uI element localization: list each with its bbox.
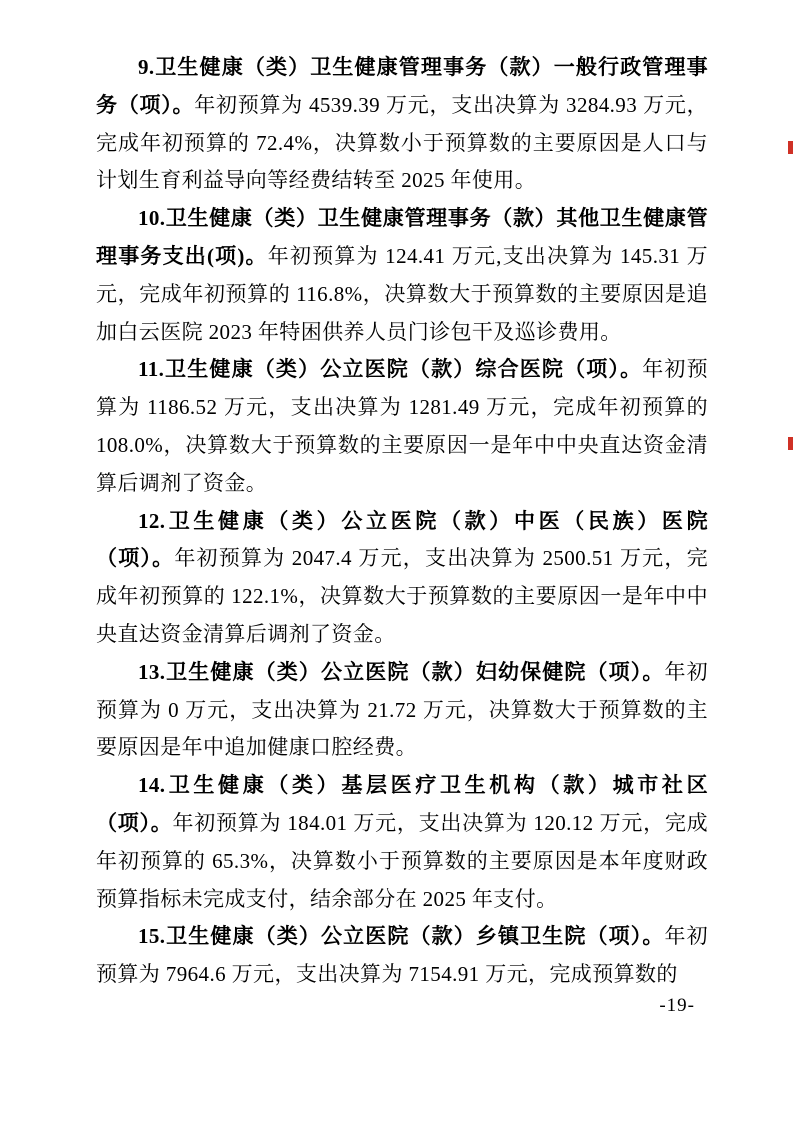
page-number: -19- (659, 995, 695, 1017)
budget-item-paragraph: 15.卫生健康（类）公立医院（款）乡镇卫生院（项）。年初预算为 7964.6 万… (96, 918, 708, 994)
budget-item-paragraph: 10.卫生健康（类）卫生健康管理事务（款）其他卫生健康管理事务支出(项)。年初预… (96, 200, 708, 351)
budget-item-paragraph: 13.卫生健康（类）公立医院（款）妇幼保健院（项）。年初预算为 0 万元，支出决… (96, 654, 708, 767)
budget-item-paragraph: 11.卫生健康（类）公立医院（款）综合医院（项）。年初预算为 1186.52 万… (96, 351, 708, 502)
document-body: 9.卫生健康（类）卫生健康管理事务（款）一般行政管理事务（项）。年初预算为 45… (96, 49, 708, 994)
red-edge-artifact (788, 437, 793, 450)
paragraph-text: 年初预算为 184.01 万元，支出决算为 120.12 万元，完成年初预算的 … (96, 811, 708, 911)
paragraph-text: 年初预算为 2047.4 万元，支出决算为 2500.51 万元，完成年初预算的… (96, 546, 708, 646)
paragraph-heading: 15.卫生健康（类）公立医院（款）乡镇卫生院（项）。 (138, 924, 664, 948)
paragraph-heading: 13.卫生健康（类）公立医院（款）妇幼保健院（项）。 (138, 660, 664, 684)
budget-item-paragraph: 9.卫生健康（类）卫生健康管理事务（款）一般行政管理事务（项）。年初预算为 45… (96, 49, 708, 200)
paragraph-heading: 11.卫生健康（类）公立医院（款）综合医院（项）。 (138, 357, 642, 381)
budget-item-paragraph: 14.卫生健康（类）基层医疗卫生机构（款）城市社区（项）。年初预算为 184.0… (96, 767, 708, 918)
budget-item-paragraph: 12.卫生健康（类）公立医院（款）中医（民族）医院（项）。年初预算为 2047.… (96, 503, 708, 654)
red-edge-artifact (788, 141, 793, 154)
document-page: 9.卫生健康（类）卫生健康管理事务（款）一般行政管理事务（项）。年初预算为 45… (0, 0, 793, 1122)
